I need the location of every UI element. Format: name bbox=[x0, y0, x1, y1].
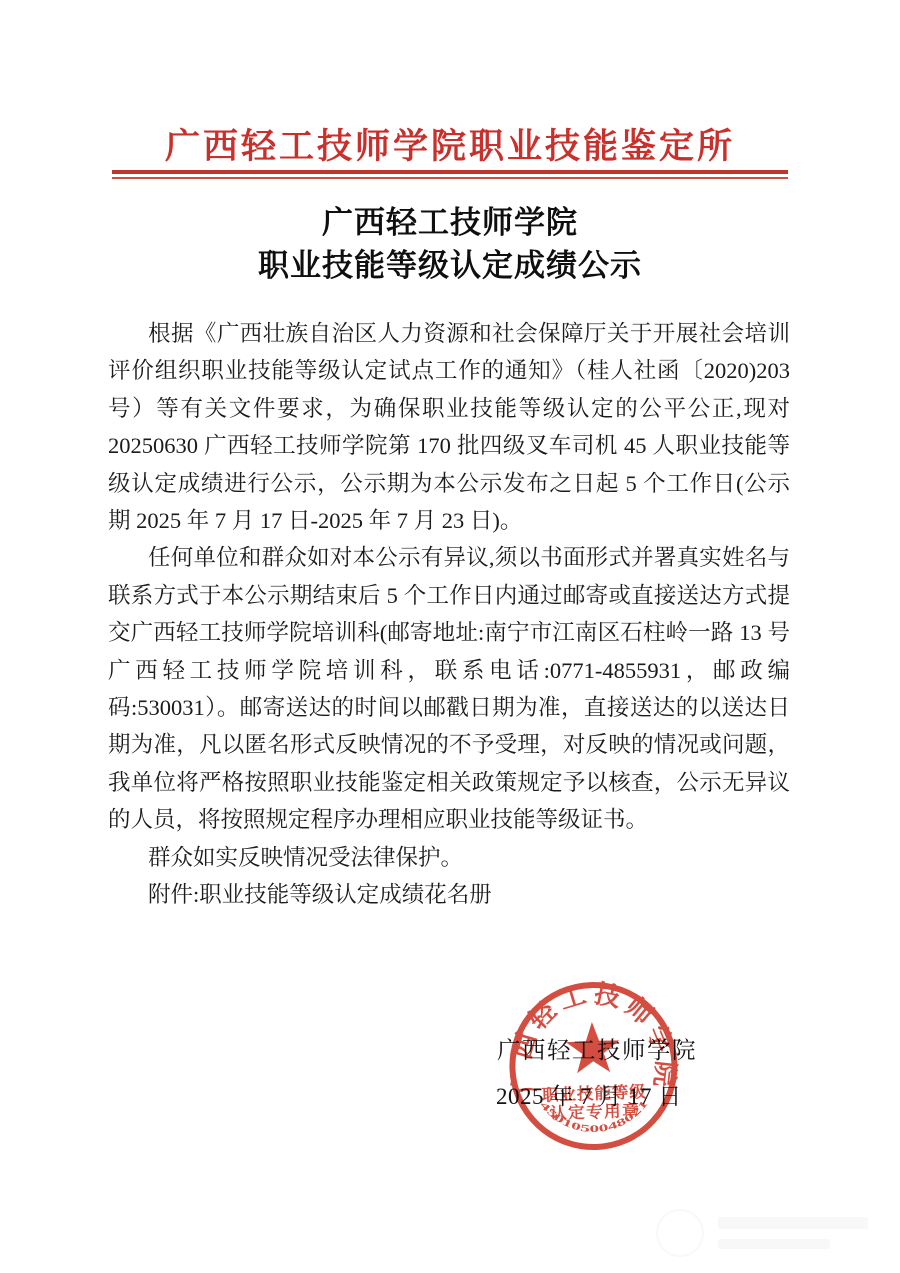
seal-star-icon bbox=[565, 1021, 620, 1074]
paragraph-protection: 群众如实反映情况受法律保护。 bbox=[108, 839, 790, 876]
document-title-line1: 广西轻工技师学院 bbox=[0, 201, 900, 244]
letterhead-rule-thin bbox=[112, 177, 788, 179]
faint-watermark-text-bar bbox=[718, 1217, 868, 1229]
faint-watermark-emblem-icon bbox=[656, 1209, 704, 1257]
notice-document: 广西轻工技师学院职业技能鉴定所 广西轻工技师学院 职业技能等级认定成绩公示 根据… bbox=[0, 0, 900, 1273]
letterhead-title: 广西轻工技师学院职业技能鉴定所 bbox=[0, 128, 900, 167]
notice-body: 根据《广西壮族自治区人力资源和社会保障厅关于开展社会培训评价组织职业技能等级认定… bbox=[108, 315, 790, 914]
letterhead-rule-thick bbox=[112, 170, 788, 174]
document-title: 广西轻工技师学院 职业技能等级认定成绩公示 bbox=[0, 201, 900, 287]
attachment-line: 附件:职业技能等级认定成绩花名册 bbox=[108, 876, 790, 913]
faint-watermark-text-bar bbox=[718, 1239, 830, 1249]
document-title-line2: 职业技能等级认定成绩公示 bbox=[0, 244, 900, 287]
official-seal: 广西轻工技师学院 职业技能等级 认定专用章 4501050048021 bbox=[502, 976, 686, 1160]
paragraph-basis: 根据《广西壮族自治区人力资源和社会保障厅关于开展社会培训评价组织职业技能等级认定… bbox=[108, 315, 790, 539]
paragraph-objection: 任何单位和群众如对本公示有异议,须以书面形式并署真实姓名与联系方式于本公示期结束… bbox=[108, 539, 790, 838]
faint-watermark bbox=[648, 1205, 878, 1265]
